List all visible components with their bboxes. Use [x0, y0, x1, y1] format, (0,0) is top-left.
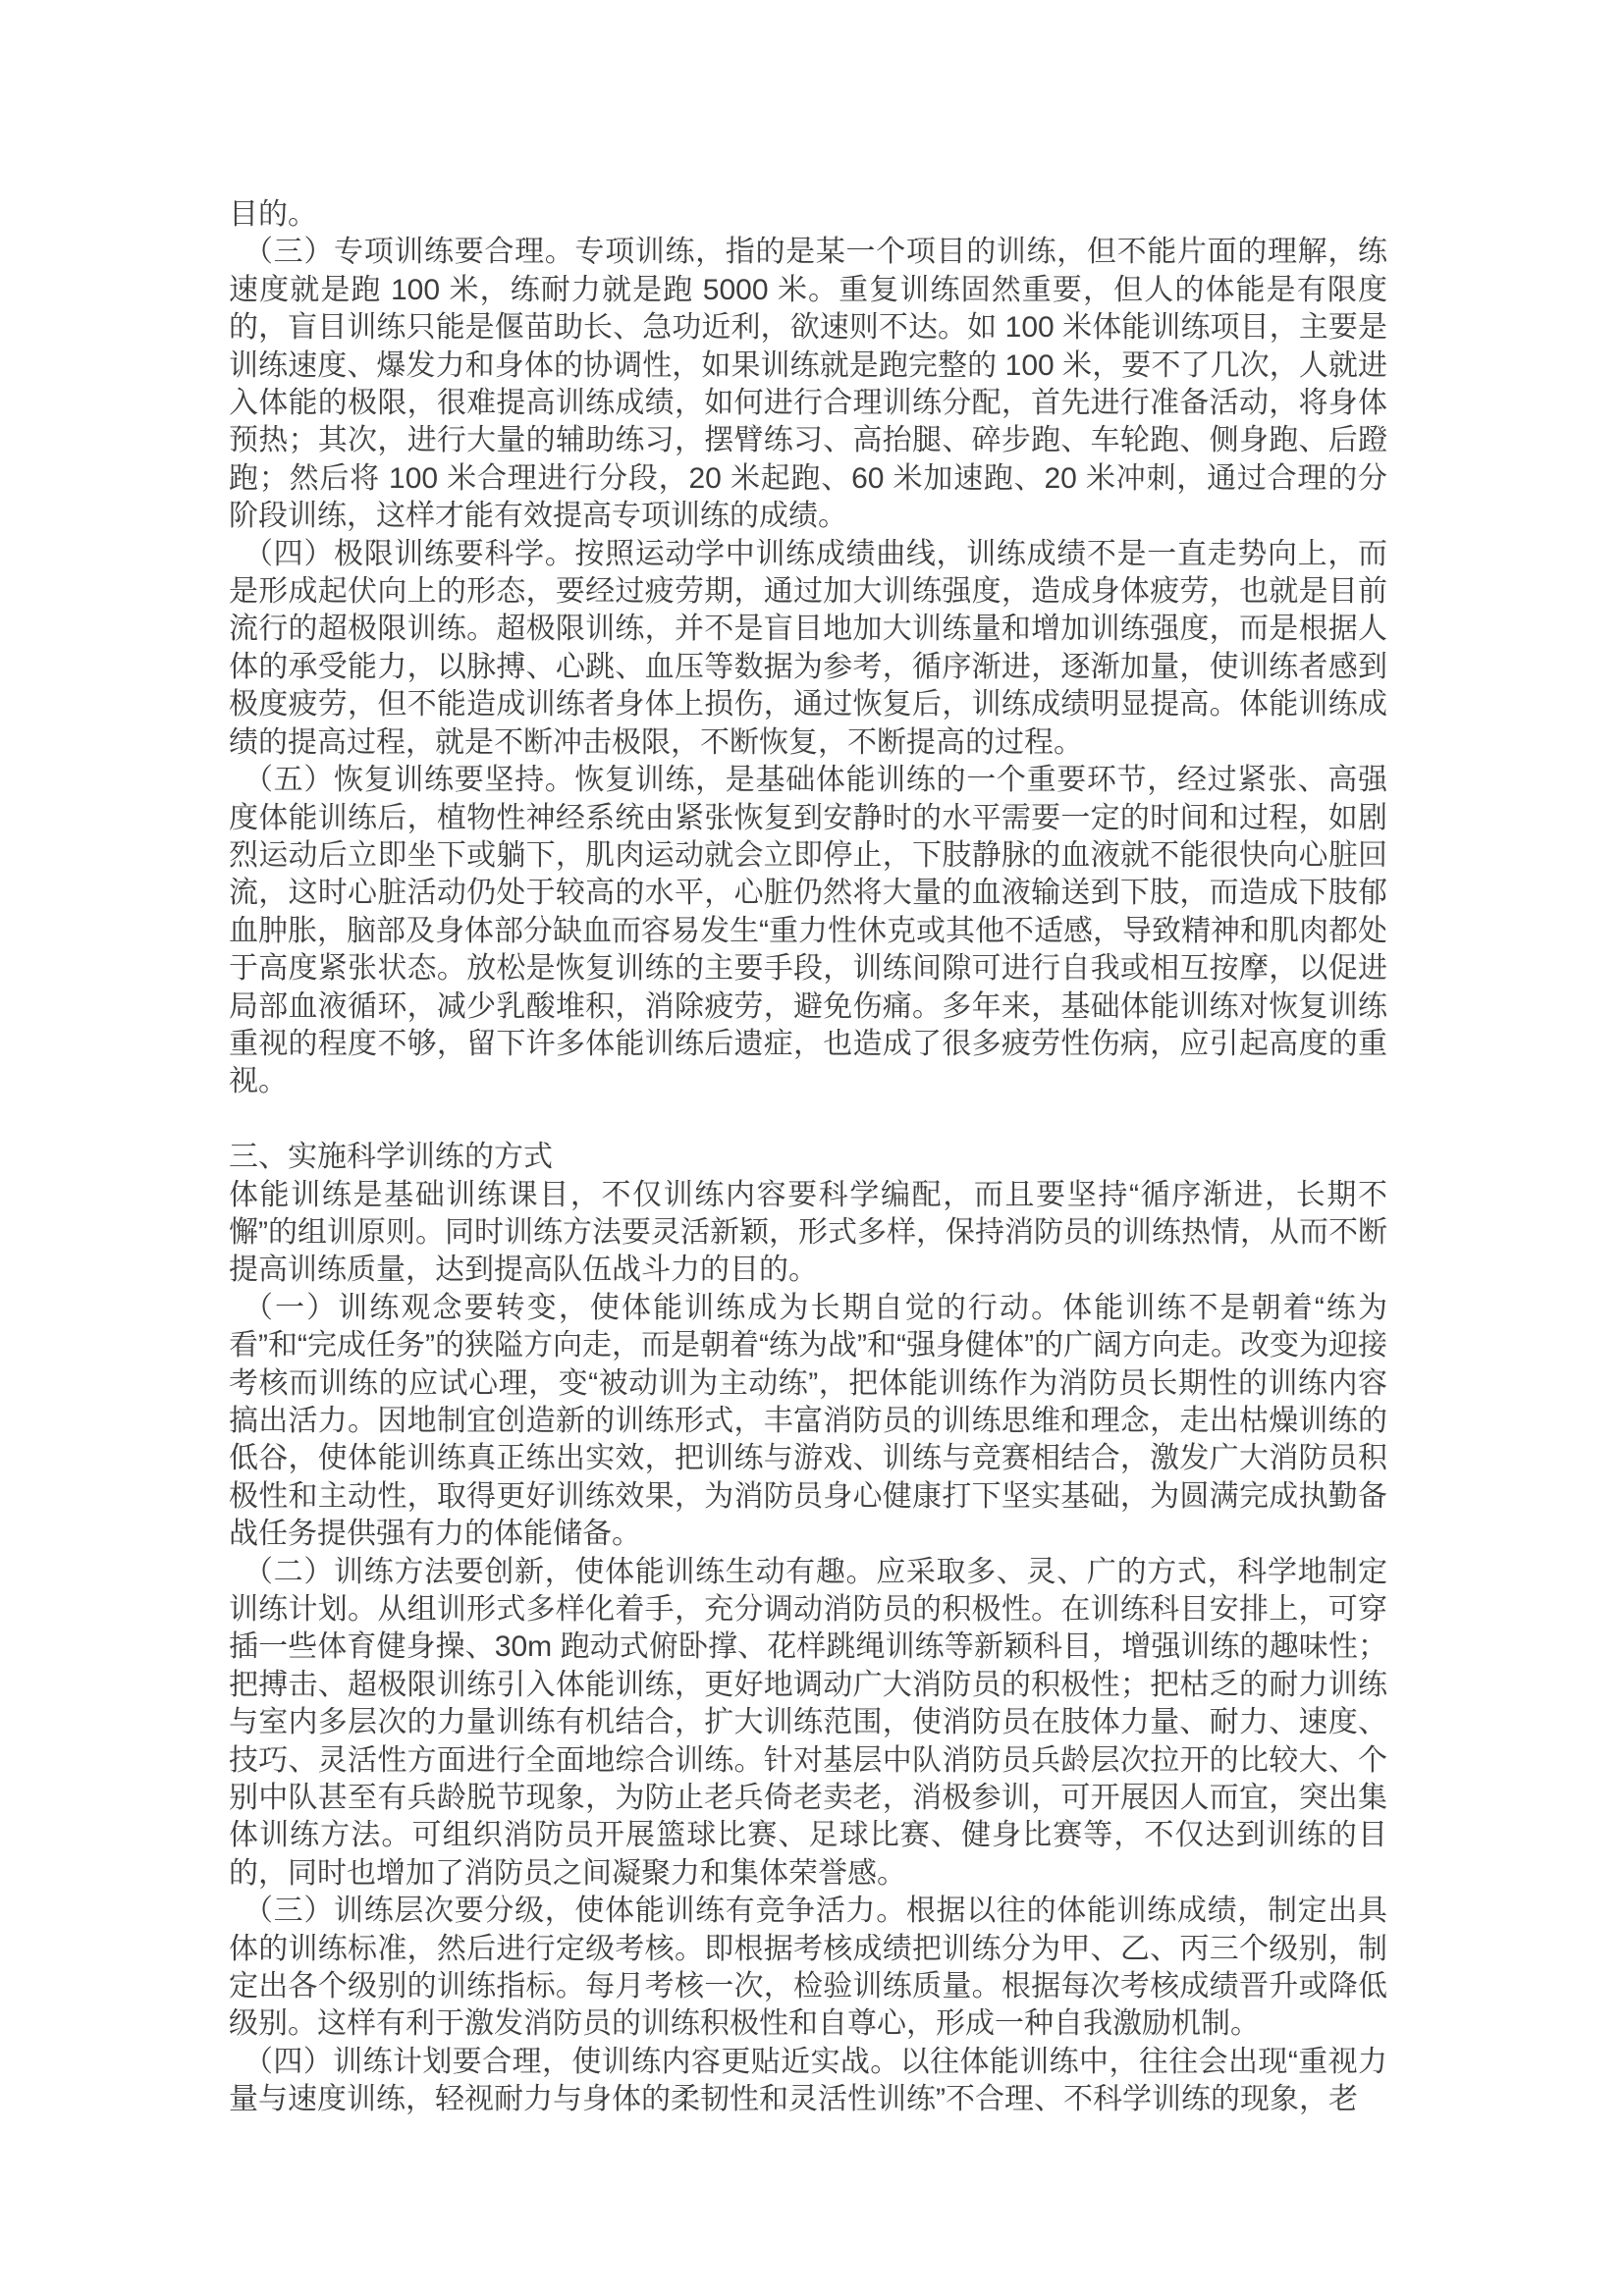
paragraph-item-4-limit-training: （四）极限训练要科学。按照运动学中训练成绩曲线，训练成绩不是一直走势向上，而是形… — [229, 536, 1387, 762]
paragraph-item-5-recovery-training: （五）恢复训练要坚持。恢复训练，是基础体能训练的一个重要环节，经过紧张、高强度体… — [229, 762, 1387, 1101]
paragraph-item-4-training-plan: （四）训练计划要合理，使训练内容更贴近实战。以往体能训练中，往往会出现“重视力量… — [229, 2044, 1387, 2119]
paragraph-item-1-training-concept: （一）训练观念要转变，使体能训练成为长期自觉的行动。体能训练不是朝着“练为看”和… — [229, 1290, 1387, 1554]
document-body: 目的。 （三）专项训练要合理。专项训练，指的是某一个项目的训练，但不能片面的理解… — [229, 196, 1387, 2119]
paragraph-item-3-training-levels: （三）训练层次要分级，使体能训练有竞争活力。根据以往的体能训练成绩，制定出具体的… — [229, 1893, 1387, 2044]
blank-line — [229, 1101, 1387, 1139]
paragraph-continuation: 目的。 — [229, 196, 1387, 234]
paragraph-item-2-training-method: （二）训练方法要创新，使体能训练生动有趣。应采取多、灵、广的方式，科学地制定训练… — [229, 1554, 1387, 1894]
paragraph-item-3-special-training: （三）专项训练要合理。专项训练，指的是某一个项目的训练，但不能片面的理解，练速度… — [229, 234, 1387, 535]
section-heading-three: 三、实施科学训练的方式 — [229, 1139, 1387, 1176]
document-page: 目的。 （三）专项训练要合理。专项训练，指的是某一个项目的训练，但不能片面的理解… — [0, 0, 1624, 2296]
paragraph-section-intro: 体能训练是基础训练课目，不仅训练内容要科学编配，而且要坚持“循序渐进，长期不懈”… — [229, 1177, 1387, 1290]
